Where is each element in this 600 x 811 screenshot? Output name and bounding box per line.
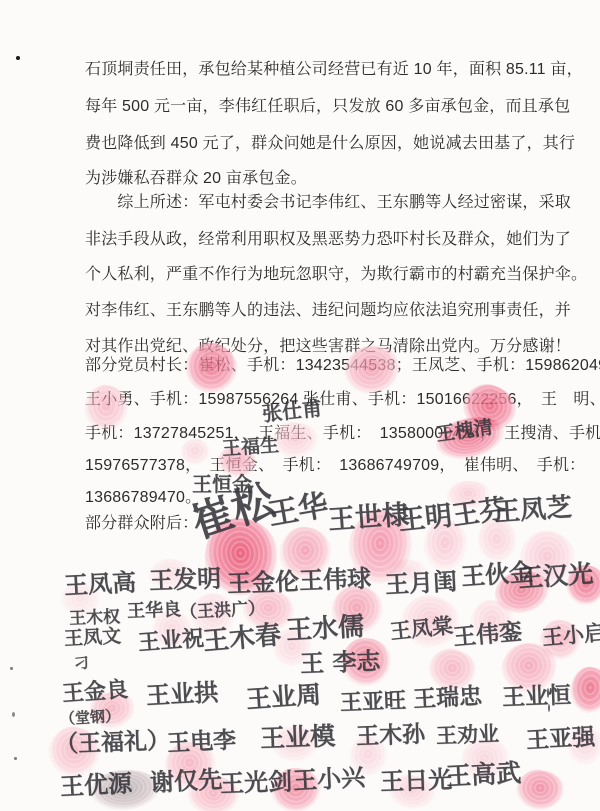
scan-artifact-speck <box>16 56 20 60</box>
scan-artifact-speck <box>14 757 17 760</box>
scanned-document-page: 石顶垌责任田，承包给某种植公司经营已有近 10 年，面积 85.11 亩，每年 … <box>0 0 600 811</box>
scan-artifact-layer <box>0 0 600 811</box>
scan-artifact-speck <box>12 712 15 717</box>
scan-artifact-speck <box>547 688 549 698</box>
scan-artifact-speck <box>548 704 550 712</box>
scan-artifact-speck <box>10 667 13 670</box>
